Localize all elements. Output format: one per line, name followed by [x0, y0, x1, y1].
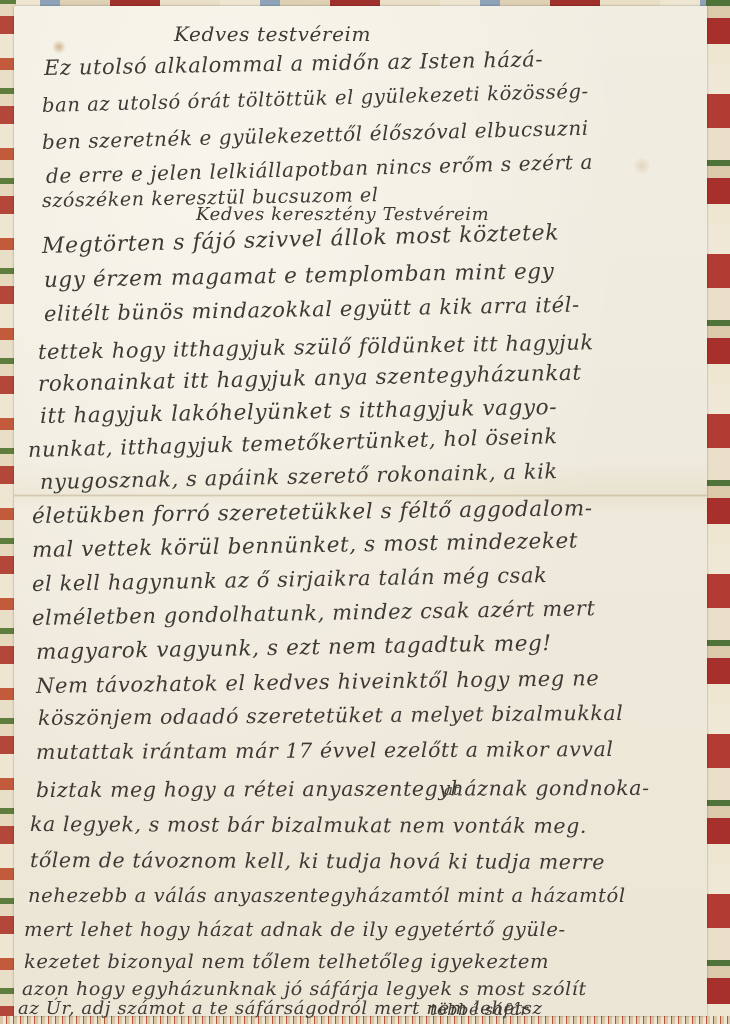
letter-paper: Kedves testvéreim Ez utolsó alkalommal a…	[14, 6, 707, 1016]
letter-line: de erre e jelen lelkiállapotban nincs er…	[46, 150, 594, 188]
letter-line: Nem távozhatok el kedves hiveinktől hogy…	[36, 666, 600, 698]
letter-line: rokonainkat itt hagyjuk anya szentegyház…	[38, 361, 582, 397]
letter-line: ben szeretnék e gyülekezettől élőszóval …	[42, 116, 589, 154]
letter-insertion: at	[444, 781, 459, 799]
letter-closing: többé sáfár	[430, 1000, 529, 1019]
letter-line: ugy érzem magamat e templomban mint egy	[44, 259, 555, 293]
letter-line: tőlem de távoznom kell, ki tudja hová ki…	[30, 848, 605, 874]
letter-line: ka legyek, s most bár bizalmukat nem von…	[30, 812, 587, 838]
letter-line: elméletben gondolhatunk, mindez csak azé…	[32, 596, 596, 630]
letter-line: mal vettek körül bennünket, s most minde…	[32, 528, 578, 563]
letter-salutation: Kedves keresztény Testvéreim	[196, 204, 489, 225]
letter-line: azon hogy egyházunknak jó sáfárja legyek…	[22, 978, 587, 1000]
letter-line: nyugosznak, s apáink szerető rokonaink, …	[40, 459, 558, 494]
tablecloth-right-border	[706, 0, 730, 1024]
letter-line: kezetet bizonyal nem tőlem telhetőleg ig…	[24, 950, 549, 973]
letter-line: el kell hagynunk az ő sirjaikra talán mé…	[32, 563, 548, 596]
letter-line: köszönjem odaadó szeretetüket a melyet b…	[38, 701, 624, 730]
letter-line: nehezebb a válás anyaszentegyházamtól mi…	[28, 884, 626, 907]
paper-stain	[52, 40, 66, 54]
letter-line: nunkat, itthagyjuk temetőkertünket, hol …	[28, 424, 558, 462]
letter-line: tettek hogy itthagyjuk szülő földünket i…	[38, 330, 594, 364]
letter-line: itt hagyjuk lakóhelyünket s itthagyjuk v…	[40, 395, 558, 429]
letter-line: Ez utolsó alkalommal a midőn az Isten há…	[44, 47, 543, 80]
letter-line: magyarok vagyunk, s ezt nem tagadtuk meg…	[36, 631, 552, 665]
letter-line: mert lehet hogy házat adnak de ily egyet…	[24, 918, 566, 941]
letter-line: ban az utolsó órát töltöttük el gyülekez…	[42, 80, 589, 117]
letter-line: mutattak irántam már 17 évvel ezelőtt a …	[36, 737, 614, 764]
letter-line: Megtörten s fájó szivvel állok most közt…	[42, 220, 560, 259]
paper-stain	[634, 156, 650, 176]
letter-line: biztak meg hogy a rétei anyaszentegyházn…	[36, 776, 650, 802]
letter-line: életükben forró szeretetükkel s féltő ag…	[32, 496, 593, 529]
paper-fold-crease	[14, 494, 707, 497]
letter-line: elitélt bünös mindazokkal együtt a kik a…	[44, 293, 580, 326]
letter-salutation: Kedves testvéreim	[174, 22, 371, 46]
